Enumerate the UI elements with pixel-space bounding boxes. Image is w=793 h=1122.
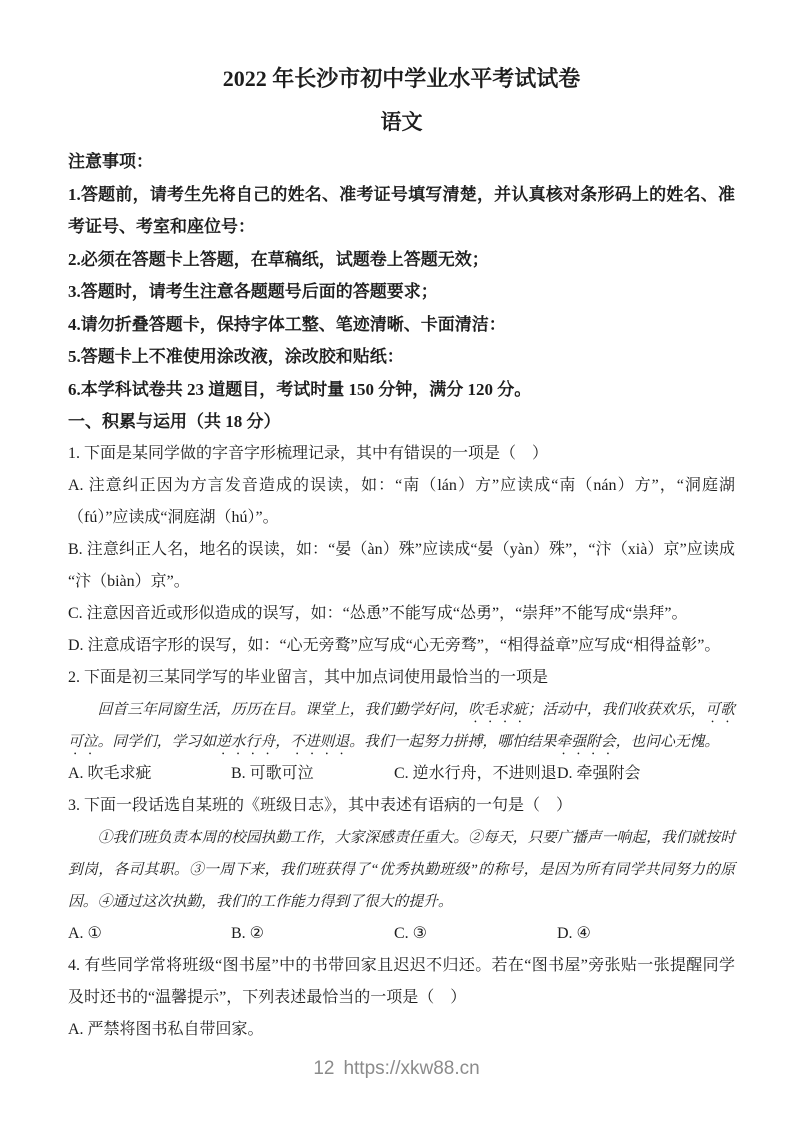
- notice-heading: 注意事项：: [68, 146, 735, 179]
- q1-option-c: C. 注意因音近或形似造成的误写，如：“怂恿”不能写成“怂勇”，“崇拜”不能写成…: [68, 598, 735, 630]
- q2-passage-text: ，也问心无愧。: [616, 734, 720, 750]
- q1-stem: 1. 下面是某同学做的字音字形梳理记录，其中有错误的一项是（ ）: [68, 438, 735, 470]
- q2-emphasized-phrase: 牵强附会: [556, 734, 615, 750]
- q2-emphasized-phrase: 吹毛求疵: [468, 702, 527, 718]
- q1-option-b: B. 注意纠正人名，地名的误读，如：“晏（àn）殊”应读成“晏（yàn）殊”，“…: [68, 534, 735, 598]
- q2-passage-text: ；活动中，我们收获欢乐，: [527, 702, 705, 718]
- notice-item-6: 6.本学科试卷共 23 道题目，考试时量 150 分钟，满分 120 分。: [68, 374, 735, 407]
- question-3: 3. 下面一段话选自某班的《班级日志》，其中表述有语病的一句是（ ） ①我们班负…: [68, 790, 735, 950]
- notice-item-1: 1.答题前，请考生先将自己的姓名、准考证号填写清楚，并认真核对条形码上的姓名、准…: [68, 179, 735, 244]
- q2-option-b: B. 可歌可泣: [231, 758, 394, 790]
- q2-option-a: A. 吹毛求疵: [68, 758, 231, 790]
- notice-item-4: 4.请勿折叠答题卡，保持字体工整、笔迹清晰、卡面清洁：: [68, 309, 735, 342]
- notice-item-3: 3.答题时，请考生注意各题题号后面的答题要求；: [68, 276, 735, 309]
- exam-paper-page: 2022 年长沙市初中学业水平考试试卷 语文 注意事项： 1.答题前，请考生先将…: [0, 0, 793, 1122]
- section-1-heading: 一、积累与运用（共 18 分）: [68, 406, 735, 438]
- q1-option-d: D. 注意成语字形的误写，如：“心无旁鹜”应写成“心无旁骛”，“相得益章”应写成…: [68, 630, 735, 662]
- q2-options-row: A. 吹毛求疵 B. 可歌可泣 C. 逆水行舟，不进则退 D. 牵强附会: [68, 758, 735, 790]
- page-footer: 12https://xkw88.cn: [0, 1058, 793, 1080]
- question-4: 4. 有些同学常将班级“图书屋”中的书带回家且迟迟不归还。若在“图书屋”旁张贴一…: [68, 950, 735, 1046]
- q2-passage-text: 。同学们，学习如: [98, 734, 216, 750]
- q3-passage: ①我们班负责本周的校园执勤工作，大家深感责任重大。②每天，只要广播声一响起，我们…: [68, 822, 735, 918]
- q4-option-a: A. 严禁将图书私自带回家。: [68, 1014, 735, 1046]
- q2-passage-text: 。我们一起努力拼搏，哪怕结果: [349, 734, 556, 750]
- q3-stem: 3. 下面一段话选自某班的《班级日志》，其中表述有语病的一句是（ ）: [68, 790, 735, 822]
- page-number: 12: [313, 1058, 334, 1079]
- exam-title: 2022 年长沙市初中学业水平考试试卷: [68, 62, 735, 96]
- question-1: 1. 下面是某同学做的字音字形梳理记录，其中有错误的一项是（ ） A. 注意纠正…: [68, 438, 735, 662]
- q2-option-c: C. 逆水行舟，不进则退: [394, 758, 557, 790]
- q2-emphasized-phrase: 不进则退: [290, 734, 349, 750]
- q2-passage-text: 回首三年同窗生活，历历在目。课堂上，我们勤学好问，: [98, 702, 469, 718]
- q3-option-c: C. ③: [394, 918, 557, 950]
- question-2: 2. 下面是初三某同学写的毕业留言，其中加点词使用最恰当的一项是 回首三年同窗生…: [68, 662, 735, 790]
- q2-emphasized-phrase: 逆水行舟: [216, 734, 275, 750]
- notice-item-5: 5.答题卡上不准使用涂改液，涂改胶和贴纸：: [68, 341, 735, 374]
- notice-section: 注意事项： 1.答题前，请考生先将自己的姓名、准考证号填写清楚，并认真核对条形码…: [68, 146, 735, 406]
- q3-option-a: A. ①: [68, 918, 231, 950]
- q2-stem: 2. 下面是初三某同学写的毕业留言，其中加点词使用最恰当的一项是: [68, 662, 735, 694]
- q4-stem: 4. 有些同学常将班级“图书屋”中的书带回家且迟迟不归还。若在“图书屋”旁张贴一…: [68, 950, 735, 1014]
- notice-item-2: 2.必须在答题卡上答题，在草稿纸，试题卷上答题无效；: [68, 244, 735, 277]
- q3-option-d: D. ④: [557, 918, 591, 950]
- footer-url: https://xkw88.cn: [343, 1058, 479, 1079]
- q3-option-b: B. ②: [231, 918, 394, 950]
- q1-option-a: A. 注意纠正因为方言发音造成的误读，如：“南（lán）方”应读成“南（nán）…: [68, 470, 735, 534]
- q3-options-row: A. ① B. ② C. ③ D. ④: [68, 918, 735, 950]
- q2-passage: 回首三年同窗生活，历历在目。课堂上，我们勤学好问，吹毛求疵；活动中，我们收获欢乐…: [68, 694, 735, 758]
- exam-subject: 语文: [68, 106, 735, 138]
- q2-option-d: D. 牵强附会: [557, 758, 641, 790]
- q2-passage-text: ，: [275, 734, 290, 750]
